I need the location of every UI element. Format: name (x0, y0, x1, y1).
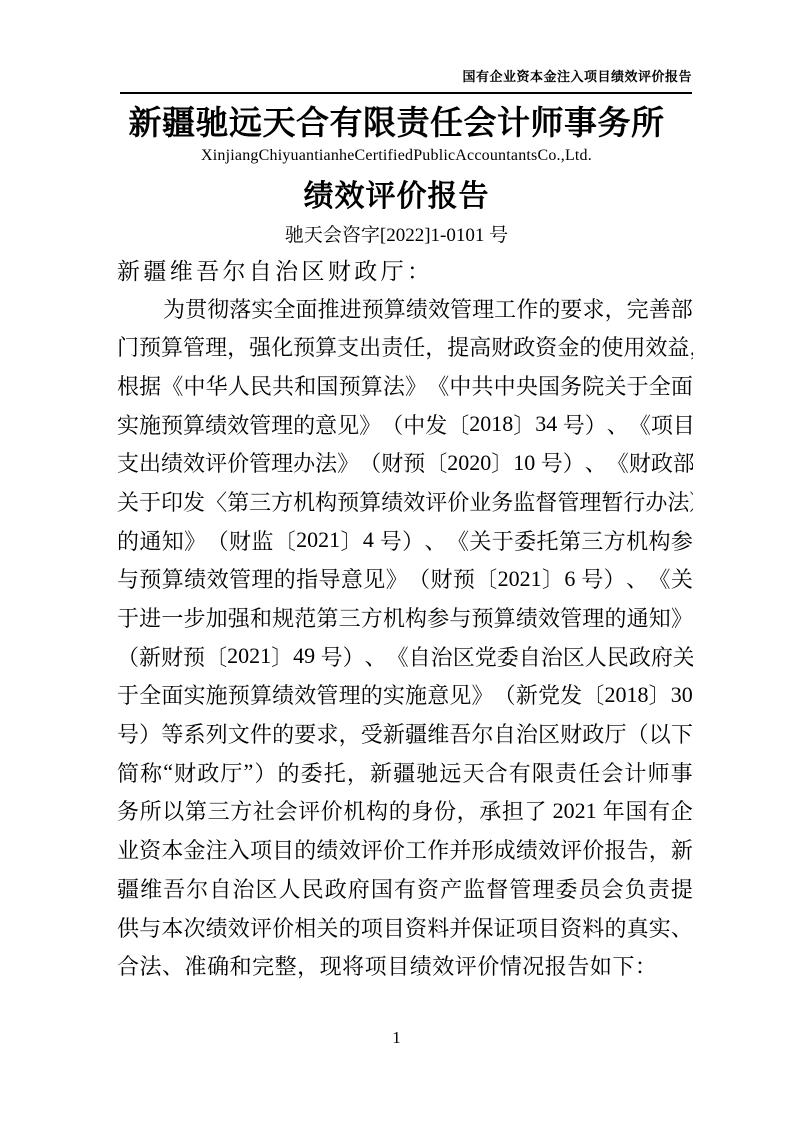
report-title: 绩效评价报告 (0, 171, 793, 215)
body-line: 支出绩效评价管理办法》（财预〔2020〕10 号）、《财政部 (117, 443, 693, 482)
body-paragraph: 为贯彻落实全面推进预算绩效管理工作的要求，完善部门预算管理，强化预算支出责任，提… (117, 289, 693, 985)
body-content: 新疆维吾尔自治区财政厅： 为贯彻落实全面推进预算绩效管理工作的要求，完善部门预算… (117, 250, 693, 985)
salutation: 新疆维吾尔自治区财政厅： (117, 250, 693, 289)
page-number: 1 (0, 1028, 793, 1048)
document-page: 国有企业资本金注入项目绩效评价报告 新疆驰远天合有限责任会计师事务所 Xinji… (0, 0, 793, 1122)
body-line: 业资本金注入项目的绩效评价工作并形成绩效评价报告，新 (117, 830, 693, 869)
body-line: 简称“财政厅”）的委托，新疆驰远天合有限责任会计师事 (117, 753, 693, 792)
body-line: 的通知》（财监〔2021〕4 号）、《关于委托第三方机构参 (117, 521, 693, 560)
body-line: 号）等系列文件的要求，受新疆维吾尔自治区财政厅（以下 (117, 714, 693, 753)
firm-name-title: 新疆驰远天合有限责任会计师事务所 (0, 97, 793, 144)
body-line: 与预算绩效管理的指导意见》（财预〔2021〕6 号）、《关 (117, 560, 693, 599)
running-header: 国有企业资本金注入项目绩效评价报告 (120, 66, 692, 85)
body-line: 于全面实施预算绩效管理的实施意见》（新党发〔2018〕30 (117, 676, 693, 715)
body-line: 务所以第三方社会评价机构的身份，承担了 2021 年国有企 (117, 792, 693, 831)
body-line: 关于印发〈第三方机构预算绩效评价业务监督管理暂行办法〉 (117, 482, 693, 521)
body-line: 疆维吾尔自治区人民政府国有资产监督管理委员会负责提 (117, 869, 693, 908)
header-rule (120, 92, 692, 94)
body-line: 实施预算绩效管理的意见》（中发〔2018〕34 号）、《项目 (117, 405, 693, 444)
body-line: 根据《中华人民共和国预算法》《中共中央国务院关于全面 (117, 366, 693, 405)
body-line: 于进一步加强和规范第三方机构参与预算绩效管理的通知》 (117, 598, 693, 637)
body-line: 合法、准确和完整，现将项目绩效评价情况报告如下： (117, 946, 693, 985)
body-line: （新财预〔2021〕49 号）、《自治区党委自治区人民政府关 (117, 637, 693, 676)
firm-name-english: XinjiangChiyuantianheCertifiedPublicAcco… (0, 147, 793, 165)
body-line: 为贯彻落实全面推进预算绩效管理工作的要求，完善部 (117, 289, 693, 328)
body-line: 供与本次绩效评价相关的项目资料并保证项目资料的真实、 (117, 908, 693, 947)
body-line: 门预算管理，强化预算支出责任，提高财政资金的使用效益， (117, 327, 693, 366)
document-number: 驰天会咨字[2022]1-0101 号 (0, 220, 793, 247)
